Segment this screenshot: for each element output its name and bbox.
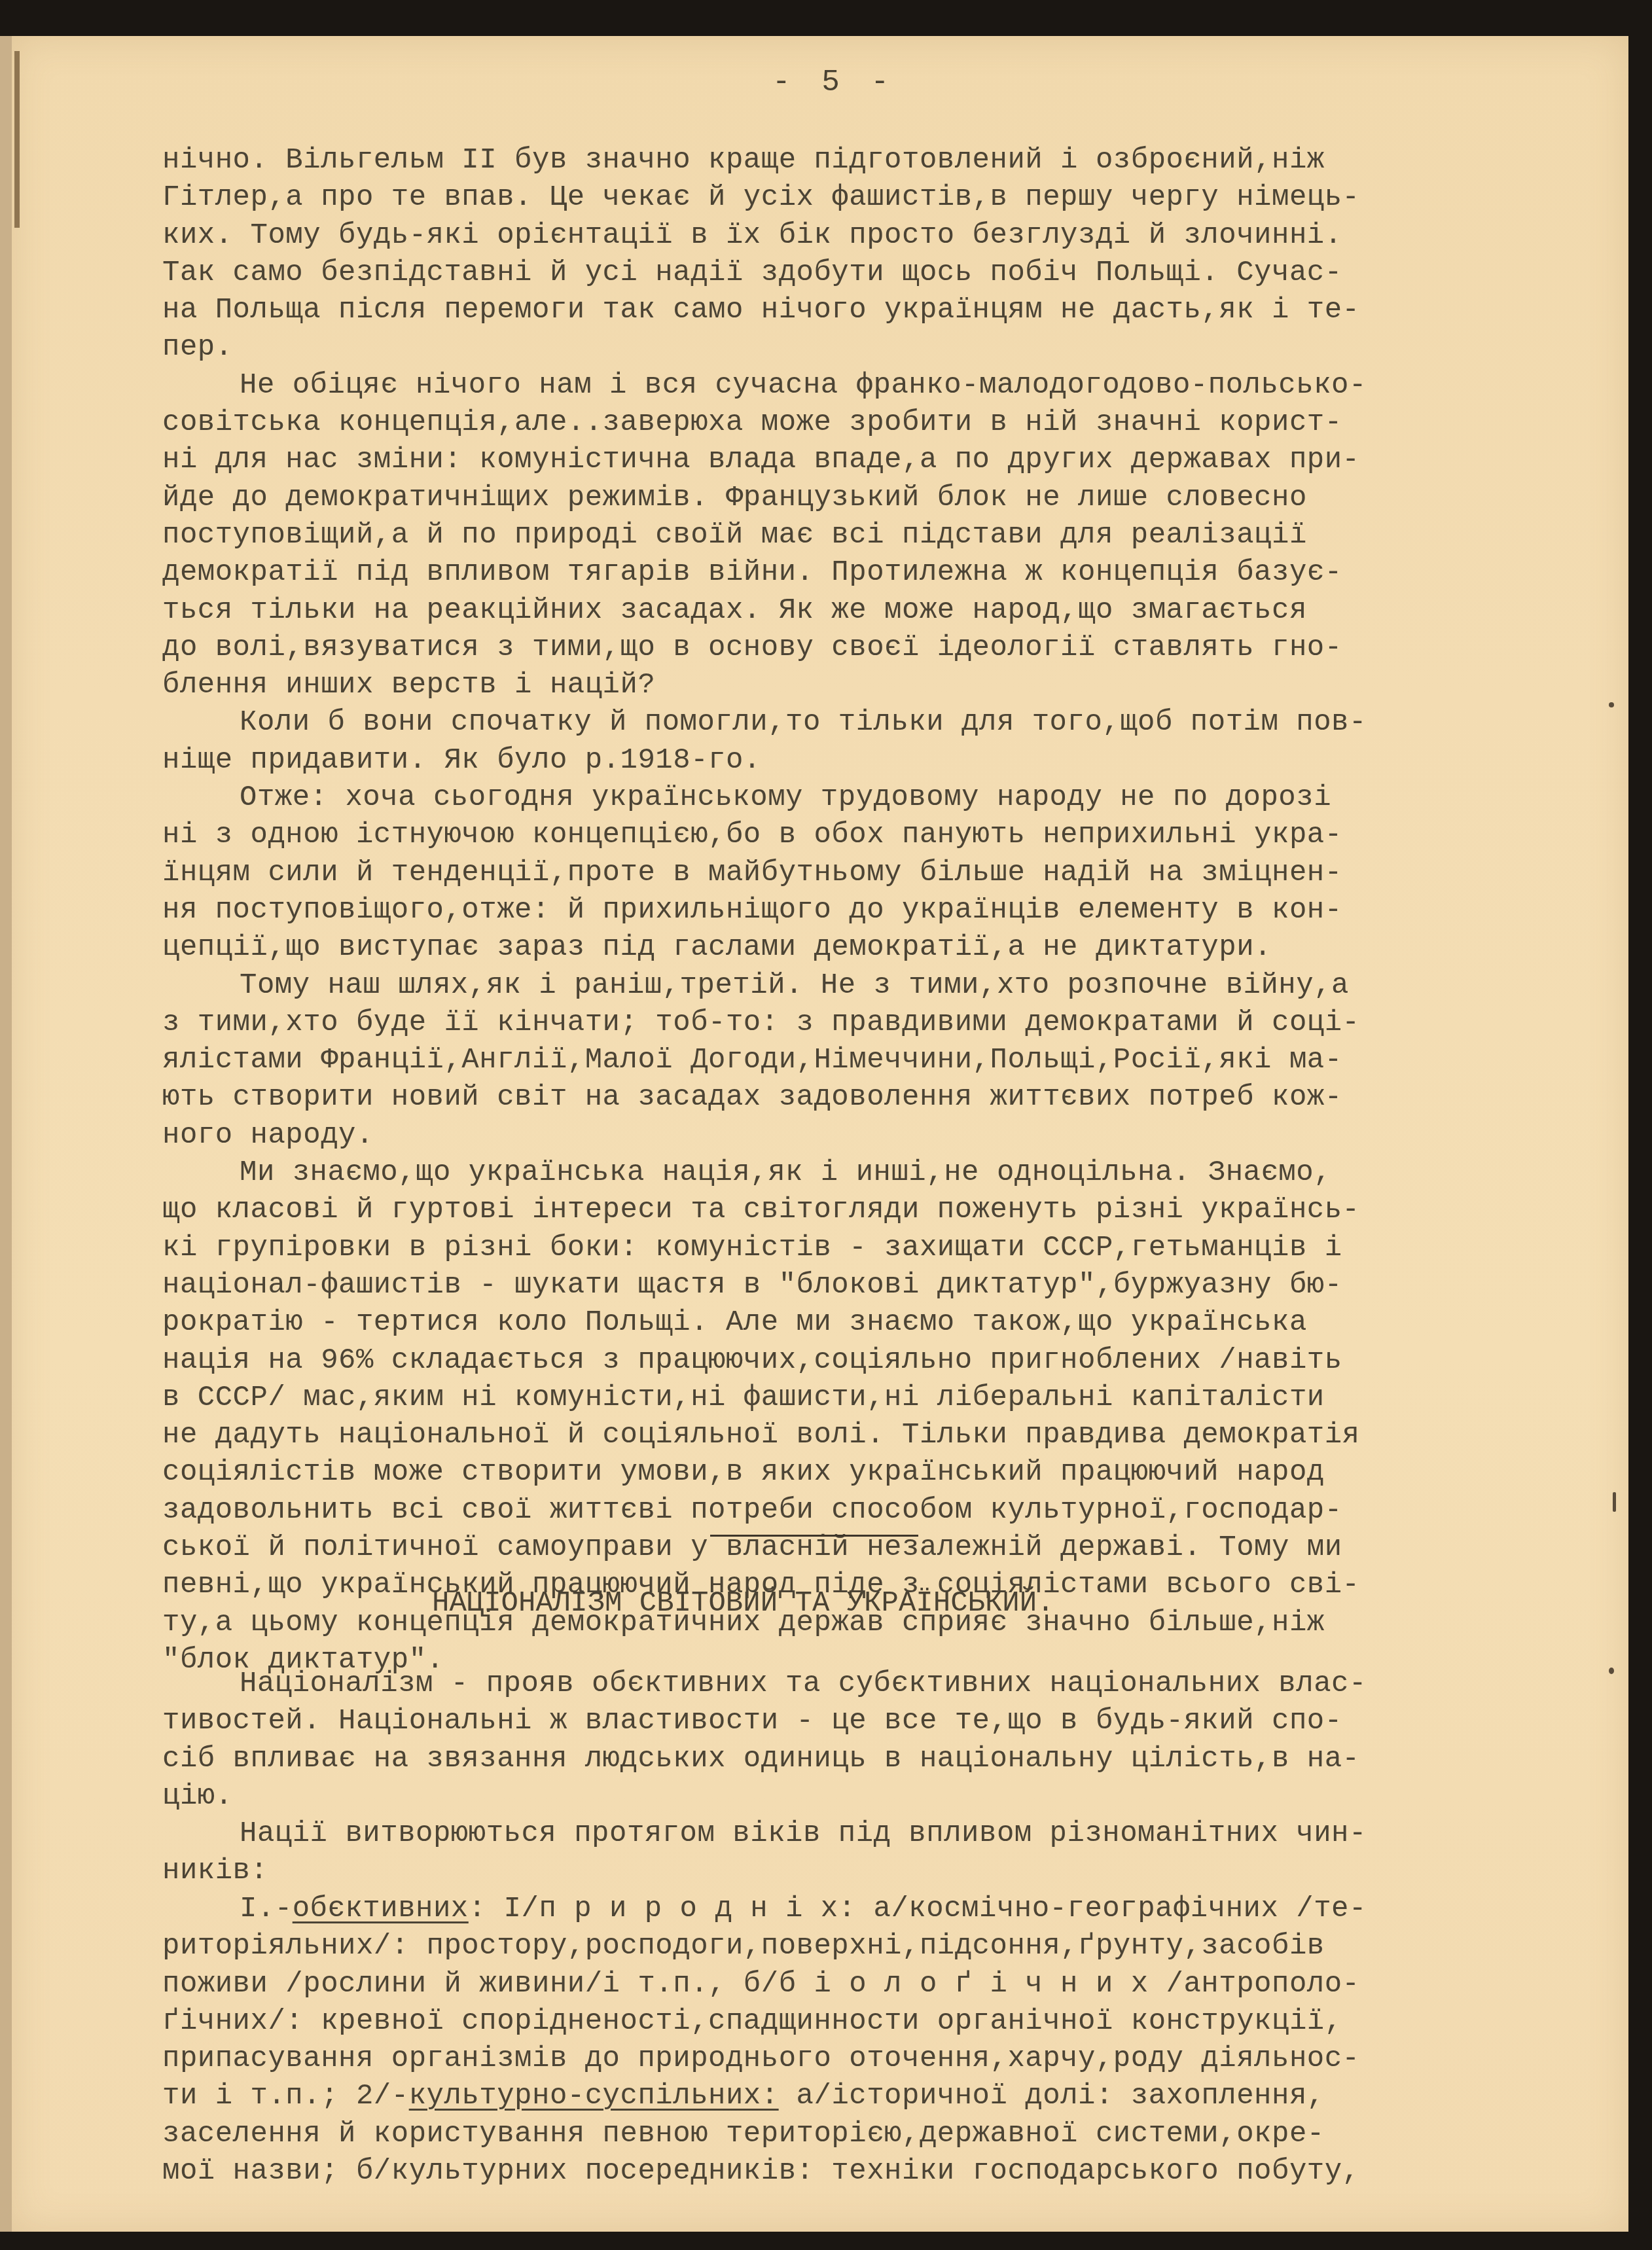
factor-number: I.-: [240, 1893, 293, 1925]
text-line: ні для нас зміни: комуністична влада впа…: [162, 442, 1556, 479]
factor-line-1: I.-обєктивних: I/п р и р о д н і х: а/ко…: [162, 1891, 1556, 1928]
text-line: їнцям сили й тенденції,проте в майбутньо…: [162, 855, 1556, 892]
text-line: Коли б вони спочатку й помогли,то тільки…: [162, 704, 1556, 741]
factor-text: а/історичної долі: захоплення,: [779, 2080, 1325, 2113]
text-line: задовольнить всі свої життєві потреби сп…: [162, 1492, 1556, 1529]
section-heading: НАЦІОНАЛІЗМ СВІТОВИЙ ТА УКРАЇНСЬКИЙ.: [432, 1587, 1054, 1620]
text-line: Націоналізм - прояв обєктивних та субєкт…: [162, 1666, 1556, 1703]
text-line: ться тільки на реакційних засадах. Як же…: [162, 592, 1556, 630]
section-2-body: Націоналізм - прояв обєктивних та субєкт…: [162, 1666, 1556, 1891]
section-1-body: нічно. Вільгельм II був значно краще під…: [162, 142, 1556, 1679]
text-line: блення инших верств і націй?: [162, 667, 1556, 704]
text-line: пер.: [162, 329, 1556, 366]
factor-line-7: заселення й користування певною територі…: [162, 2116, 1556, 2153]
text-line: на Польща після перемоги так само нічого…: [162, 292, 1556, 329]
factor-text: : I/п р и р о д н і х: а/космічно-геогра…: [469, 1893, 1367, 1925]
text-line: совітська концепція,але..заверюха може з…: [162, 404, 1556, 442]
text-line: Не обіцяє нічого нам і вся сучасна франк…: [162, 367, 1556, 404]
text-line: з тими,хто буде її кінчати; тоб-то: з пр…: [162, 1005, 1556, 1042]
text-line: Тому наш шлях,як і раніш,третій. Не з ти…: [162, 967, 1556, 1005]
text-line: ні з одною істнуючою концепцією,бо в обо…: [162, 817, 1556, 854]
text-line: ких. Тому будь-які орієнтації в їх бік п…: [162, 217, 1556, 255]
text-line: націонал-фашистів - шукати щастя в "блок…: [162, 1267, 1556, 1304]
text-line: Гітлер,а про те впав. Це чекає й усіх фа…: [162, 179, 1556, 217]
text-line: ялістами Франції,Англії,Малої Догоди,Нім…: [162, 1042, 1556, 1079]
text-line: сіб впливає на звязання людських одиниць…: [162, 1741, 1556, 1778]
text-line: ного народу.: [162, 1117, 1556, 1154]
factor-line-5: припасування організмів до природнього о…: [162, 2041, 1556, 2078]
paper-mark: [1613, 1492, 1616, 1512]
text-line: йде до демократичніщих режимів. Французь…: [162, 480, 1556, 517]
factor-line-3: поживи /рослини й живини/і т.п., б/б і о…: [162, 1966, 1556, 2003]
factor-line-6: ти і т.п.; 2/-культурно-суспільних: а/іс…: [162, 2078, 1556, 2115]
text-line: соціялістів може створити умови,в яких у…: [162, 1454, 1556, 1491]
underlined-term-objective: обєктивних: [293, 1893, 469, 1925]
factor-line-2: риторіяльних/: простору,росподоги,поверх…: [162, 1928, 1556, 1965]
binding-strip: [14, 51, 20, 228]
factors-list: I.-обєктивних: I/п р и р о д н і х: а/ко…: [162, 1891, 1556, 2190]
text-line: рократію - тертися коло Польщі. Але ми з…: [162, 1304, 1556, 1342]
text-line: Отже: хоча сьогодня українському трудово…: [162, 779, 1556, 817]
text-line: не дадуть національної й соціяльної волі…: [162, 1417, 1556, 1454]
book-binding-edge: [0, 36, 12, 2232]
text-line: цепції,що виступає зараз під гаслами дем…: [162, 929, 1556, 967]
text-line: ніще придавити. Як було р.1918-го.: [162, 742, 1556, 779]
text-line: Нації витворюються протягом віків під вп…: [162, 1815, 1556, 1853]
page-number: - 5 -: [772, 65, 895, 99]
paper-mark: [1609, 702, 1614, 707]
text-line: Так само безпідставні й усі надії здобут…: [162, 255, 1556, 292]
paper-mark: [1609, 1668, 1614, 1674]
text-line: ють створити новий світ на засадах задов…: [162, 1079, 1556, 1116]
underlined-term-cultural: культурно-суспільних:: [409, 2080, 779, 2113]
factor-line-8: мої назви; б/культурних посередників: те…: [162, 2153, 1556, 2190]
text-line: що класові й гуртові інтереси та світогл…: [162, 1192, 1556, 1229]
factor-text: ти і т.п.; 2/-: [162, 2080, 409, 2113]
text-line: кі групіровки в різні боки: комуністів -…: [162, 1230, 1556, 1267]
text-line: до волі,вязуватися з тими,що в основу св…: [162, 630, 1556, 667]
text-line: демократії під впливом тягарів війни. Пр…: [162, 554, 1556, 592]
text-line: ня поступовіщого,отже: й прихильніщого д…: [162, 892, 1556, 929]
text-line: тивостей. Національні ж властивости - це…: [162, 1703, 1556, 1740]
text-line: ників:: [162, 1853, 1556, 1890]
text-line: цію.: [162, 1778, 1556, 1815]
text-line: Ми знаємо,що українська нація,як і инші,…: [162, 1154, 1556, 1192]
text-line: нічно. Вільгельм II був значно краще під…: [162, 142, 1556, 179]
text-line: поступовіщий,а й по природі своїй має вс…: [162, 517, 1556, 554]
text-line: в СССР/ мас,яким ні комуністи,ні фашисти…: [162, 1380, 1556, 1417]
text-line: нація на 96% складається з працюючих,соц…: [162, 1342, 1556, 1380]
section-divider: [710, 1535, 918, 1537]
factor-line-4: ґічних/: кревної спорідненості,спадщинно…: [162, 2003, 1556, 2041]
